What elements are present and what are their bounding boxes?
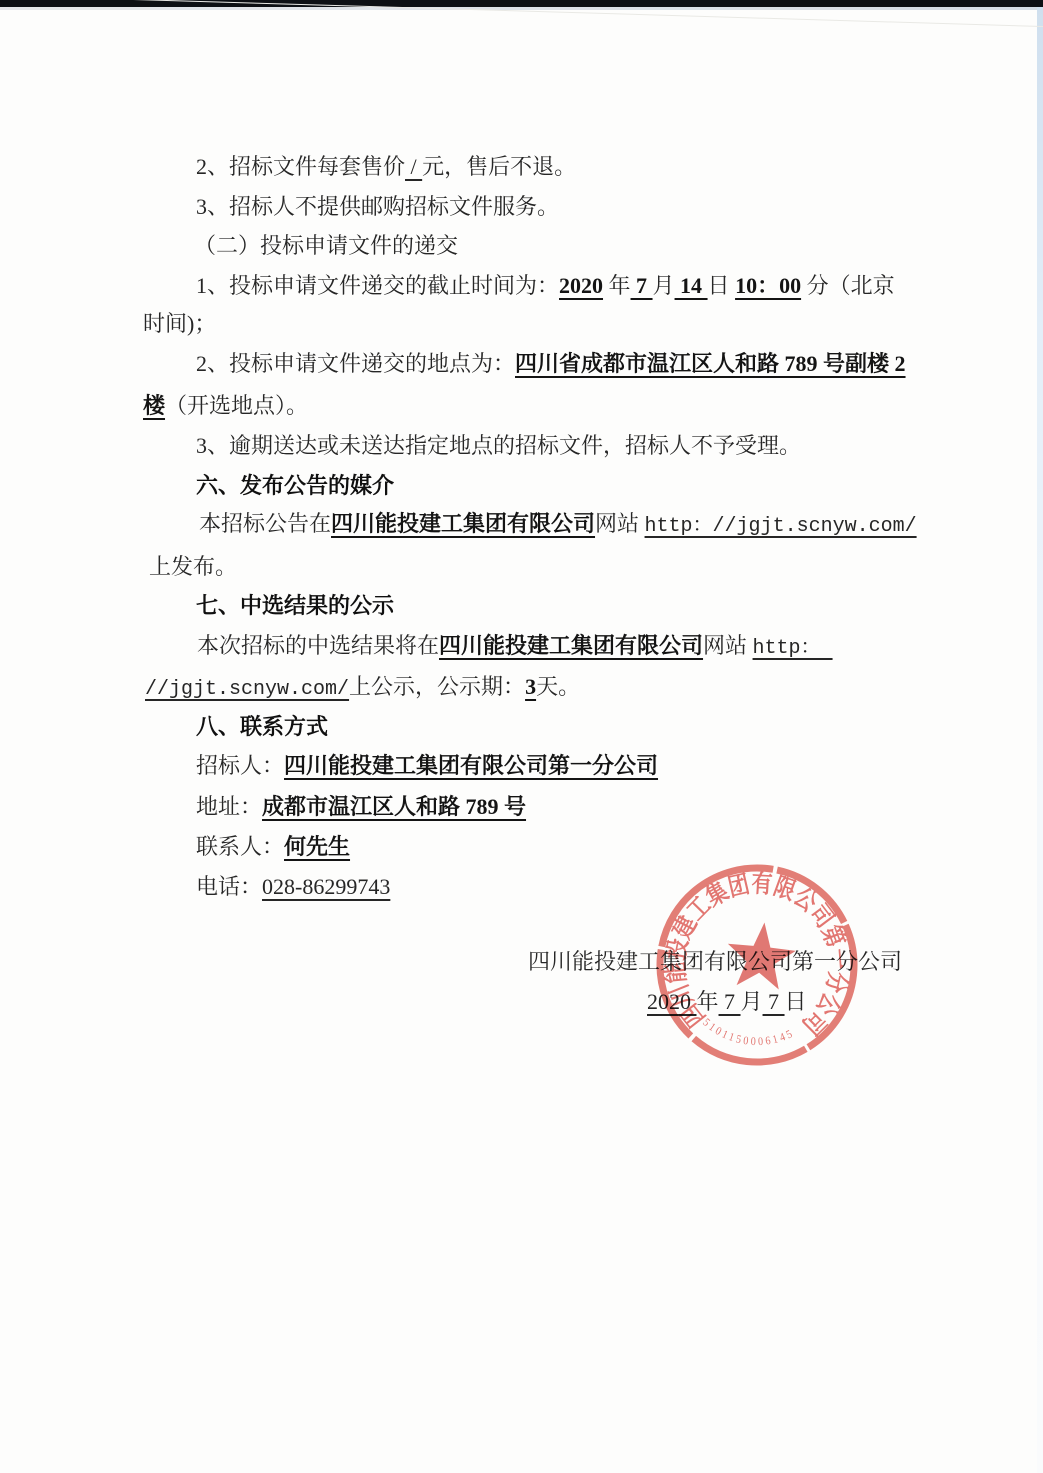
line-no-mail-order: 3、招标人不提供邮购招标文件服务。 xyxy=(196,191,559,223)
line-overdue-rejected: 3、逾期送达或未送达指定地点的招标文件，招标人不予受理。 xyxy=(196,430,801,462)
star-icon xyxy=(724,919,799,991)
line-submission-location: 2、投标申请文件递交的地点为：四川省成都市温江区人和路 789 号副楼 2 xyxy=(196,348,906,380)
line-bidder-name: 招标人：四川能投建工集团有限公司第一分公司 xyxy=(196,750,658,782)
svg-text:5101150006145: 5101150006145 xyxy=(699,1016,798,1053)
line-result-website: 本次招标的中选结果将在四川能投建工集团有限公司网站 http： xyxy=(197,630,833,665)
line-contact-person: 联系人：何先生 xyxy=(196,831,350,863)
line-doc-price: 2、招标文件每套售价 / 元，售后不退。 xyxy=(196,151,576,183)
line-submission-location-continued: 楼（开选地点）。 xyxy=(143,390,308,422)
scanned-document-page: 2、招标文件每套售价 / 元，售后不退。 3、招标人不提供邮购招标文件服务。 （… xyxy=(0,0,1043,1473)
heading-result-publicity: 七、中选结果的公示 xyxy=(196,590,394,622)
line-announcement-website: 本招标公告在四川能投建工集团有限公司网站 http：//jgjt.scnyw.c… xyxy=(199,508,917,543)
line-deadline-continued: 时间)； xyxy=(143,308,216,340)
line-address: 地址：成都市温江区人和路 789 号 xyxy=(196,791,526,823)
seal-code: 5101150006145 xyxy=(699,1016,798,1053)
subheading-bid-submission: （二）投标申请文件的递交 xyxy=(194,230,458,262)
line-result-continued: //jgjt.scnyw.com/上公示，公示期：3天。 xyxy=(145,671,580,706)
company-seal: 四川能投建工集团有限公司第一分公司 5101150006145 xyxy=(630,830,900,1110)
line-announcement-continued: 上发布。 xyxy=(149,551,237,583)
heading-contact-info: 八、联系方式 xyxy=(196,711,328,743)
heading-announcement-media: 六、发布公告的媒介 xyxy=(196,470,394,502)
page-edge-tint xyxy=(1037,7,1043,1473)
scanner-edge-strip xyxy=(0,0,1043,7)
line-deadline: 1、投标申请文件递交的截止时间为：2020 年 7 月 14 日 10：00 分… xyxy=(196,270,895,302)
line-phone: 电话：028-86299743 xyxy=(196,871,390,903)
